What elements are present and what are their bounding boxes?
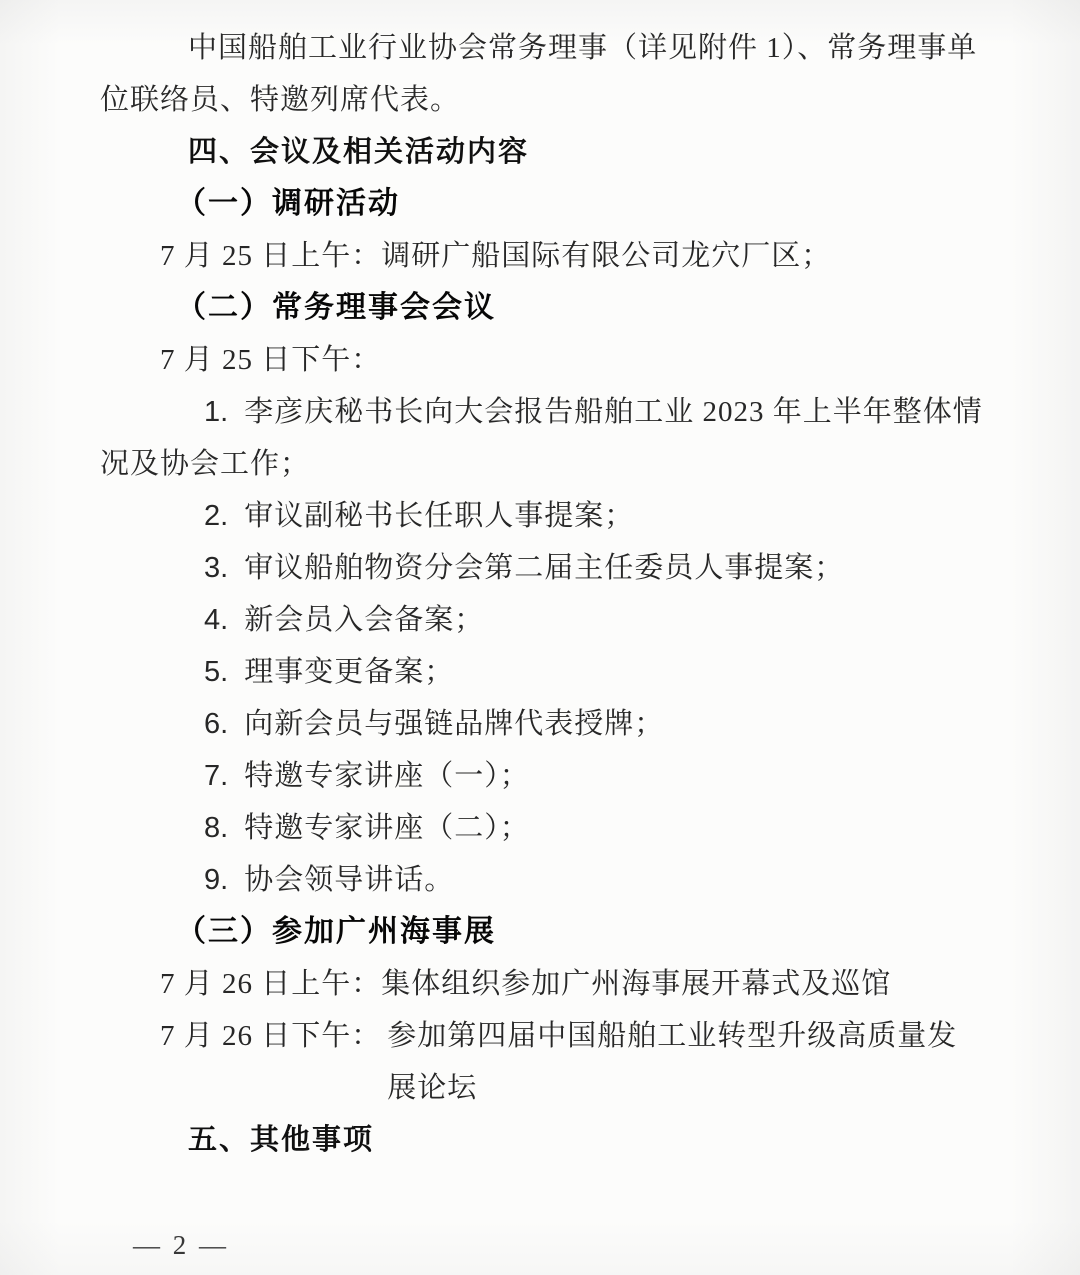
- agenda-item-number: 1.: [204, 396, 228, 428]
- agenda-item-4: 4.新会员入会备案；: [100, 594, 985, 646]
- agenda-item-6: 6.向新会员与强链品牌代表授牌；: [100, 698, 985, 750]
- agenda-item-7: 7.特邀专家讲座（一）；: [100, 750, 985, 802]
- agenda-item-3: 3.审议船舶物资分会第二届主任委员人事提案；: [100, 542, 985, 594]
- agenda-item-text: 新会员入会备案；: [244, 604, 484, 636]
- july-26-afternoon-schedule: 7 月 26 日下午： 参加第四届中国船舶工业转型升级高质量发展论坛: [100, 1010, 985, 1114]
- agenda-item-5: 5.理事变更备案；: [100, 646, 985, 698]
- agenda-item-1: 1.李彦庆秘书长向大会报告船舶工业 2023 年上半年整体情况及协会工作；: [100, 386, 985, 490]
- july-26-afternoon-text: 参加第四届中国船舶工业转型升级高质量发展论坛: [387, 1010, 985, 1114]
- july-26-afternoon-label: 7 月 26 日下午：: [160, 1010, 381, 1114]
- agenda-item-text: 审议船舶物资分会第二届主任委员人事提案；: [244, 552, 844, 584]
- agenda-item-text: 协会领导讲话。: [244, 864, 454, 896]
- july-25-afternoon-label: 7 月 25 日下午：: [100, 334, 985, 386]
- agenda-item-number: 3.: [204, 552, 228, 584]
- agenda-item-text: 审议副秘书长任职人事提案；: [244, 500, 634, 532]
- agenda-item-text: 理事变更备案；: [244, 656, 454, 688]
- subsection-1-heading: （一）调研活动: [100, 178, 985, 230]
- agenda-item-number: 5.: [204, 656, 228, 688]
- section-4-heading: 四、会议及相关活动内容: [100, 126, 985, 178]
- agenda-item-number: 6.: [204, 708, 228, 740]
- subsection-2-heading: （二）常务理事会会议: [100, 282, 985, 334]
- agenda-item-text: 特邀专家讲座（二）；: [244, 812, 530, 844]
- july-25-morning-schedule: 7 月 25 日上午：调研广船国际有限公司龙穴厂区；: [100, 230, 985, 282]
- agenda-item-number: 7.: [204, 760, 228, 792]
- agenda-item-text: 特邀专家讲座（一）；: [244, 760, 530, 792]
- scanned-document-page: 中国船舶工业行业协会常务理事（详见附件 1）、常务理事单位联络员、特邀列席代表。…: [0, 0, 1080, 1275]
- agenda-item-number: 9.: [204, 864, 228, 896]
- subsection-3-heading: （三）参加广州海事展: [100, 906, 985, 958]
- agenda-item-number: 8.: [204, 812, 228, 844]
- agenda-item-2: 2.审议副秘书长任职人事提案；: [100, 490, 985, 542]
- page-number: — 2 —: [133, 1230, 229, 1261]
- agenda-item-number: 2.: [204, 500, 228, 532]
- agenda-item-8: 8.特邀专家讲座（二）；: [100, 802, 985, 854]
- july-26-morning-schedule: 7 月 26 日上午：集体组织参加广州海事展开幕式及巡馆: [100, 958, 985, 1010]
- section-5-heading: 五、其他事项: [100, 1114, 985, 1166]
- agenda-item-text: 向新会员与强链品牌代表授牌；: [244, 708, 664, 740]
- document-body: 中国船舶工业行业协会常务理事（详见附件 1）、常务理事单位联络员、特邀列席代表。…: [0, 0, 1080, 1166]
- intro-paragraph: 中国船舶工业行业协会常务理事（详见附件 1）、常务理事单位联络员、特邀列席代表。: [100, 22, 985, 126]
- agenda-item-9: 9.协会领导讲话。: [100, 854, 985, 906]
- agenda-item-text: 李彦庆秘书长向大会报告船舶工业 2023 年上半年整体情况及协会工作；: [100, 396, 983, 480]
- agenda-item-number: 4.: [204, 604, 228, 636]
